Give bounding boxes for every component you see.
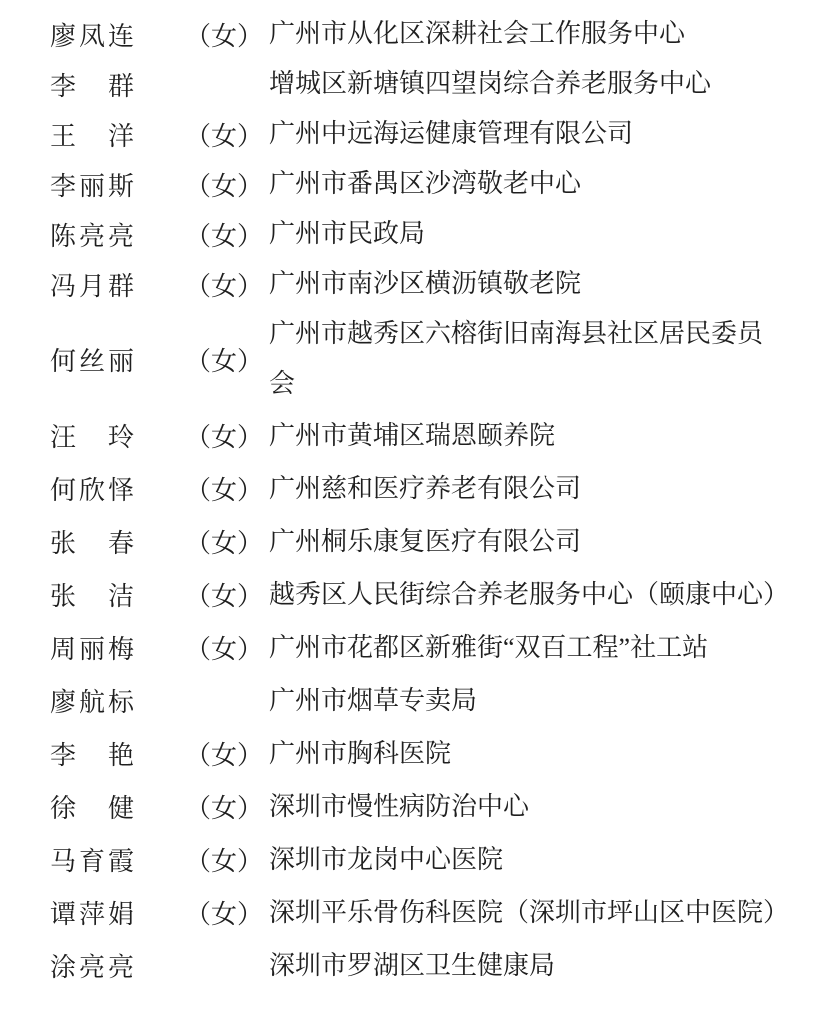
roster-row: 谭萍娟 （女） 深圳平乐骨伤科医院（深圳市坪山区中医院） — [50, 886, 815, 939]
gender-label: （女） — [185, 788, 269, 825]
roster-row: 陈亮亮 （女） 广州市民政局 — [50, 209, 815, 259]
roster-row: 汪 玲 （女） 广州市黄埔区瑞恩颐养院 — [50, 409, 815, 462]
person-name: 张 春 — [50, 523, 185, 560]
gender-label: （女） — [185, 629, 269, 666]
organization-name: 深圳平乐骨伤科医院（深圳市坪山区中医院） — [269, 888, 815, 938]
organization-name: 深圳市慢性病防治中心 — [269, 782, 815, 832]
gender-label: （女） — [185, 216, 269, 253]
organization-name: 广州市越秀区六榕街旧南海县社区居民委员 会 — [269, 309, 815, 409]
person-name: 何欣怿 — [50, 470, 185, 507]
roster-row: 冯月群 （女） 广州市南沙区横沥镇敬老院 — [50, 259, 815, 309]
roster-row: 李 群 增城区新塘镇四望岗综合养老服务中心 — [50, 59, 815, 109]
person-name: 冯月群 — [50, 266, 185, 303]
roster-list: 廖凤连 （女） 广州市从化区深耕社会工作服务中心 李 群 增城区新塘镇四望岗综合… — [50, 9, 815, 992]
roster-row: 徐 健 （女） 深圳市慢性病防治中心 — [50, 780, 815, 833]
organization-name: 广州市花都区新雅街“双百工程”社工站 — [269, 623, 815, 673]
person-name: 张 洁 — [50, 576, 185, 613]
gender-label: （女） — [185, 894, 269, 931]
organization-name: 广州桐乐康复医疗有限公司 — [269, 517, 815, 567]
gender-label: （女） — [185, 470, 269, 507]
roster-row: 张 洁 （女） 越秀区人民街综合养老服务中心（颐康中心） — [50, 568, 815, 621]
organization-name: 广州中远海运健康管理有限公司 — [269, 109, 815, 159]
person-name: 涂亮亮 — [50, 947, 185, 984]
gender-label: （女） — [185, 417, 269, 454]
organization-name: 越秀区人民街综合养老服务中心（颐康中心） — [269, 570, 815, 620]
organization-name: 增城区新塘镇四望岗综合养老服务中心 — [269, 59, 815, 109]
organization-name: 广州市胸科医院 — [269, 729, 815, 779]
roster-row: 何欣怿 （女） 广州慈和医疗养老有限公司 — [50, 462, 815, 515]
roster-row: 涂亮亮 深圳市罗湖区卫生健康局 — [50, 939, 815, 992]
organization-name: 广州市黄埔区瑞恩颐养院 — [269, 411, 815, 461]
roster-row: 廖航标 广州市烟草专卖局 — [50, 674, 815, 727]
gender-label: （女） — [185, 735, 269, 772]
organization-name: 广州市烟草专卖局 — [269, 676, 815, 726]
roster-row: 李 艳 （女） 广州市胸科医院 — [50, 727, 815, 780]
person-name: 何丝丽 — [50, 341, 185, 378]
person-name: 王 洋 — [50, 116, 185, 153]
person-name: 廖航标 — [50, 682, 185, 719]
gender-label: （女） — [185, 576, 269, 613]
person-name: 马育霞 — [50, 841, 185, 878]
organization-name: 广州市番禺区沙湾敬老中心 — [269, 159, 815, 209]
gender-label: （女） — [185, 166, 269, 203]
person-name: 徐 健 — [50, 788, 185, 825]
organization-name: 广州市从化区深耕社会工作服务中心 — [269, 9, 815, 59]
document-page: 廖凤连 （女） 广州市从化区深耕社会工作服务中心 李 群 增城区新塘镇四望岗综合… — [0, 0, 825, 1014]
gender-label: （女） — [185, 116, 269, 153]
roster-row: 何丝丽 （女） 广州市越秀区六榕街旧南海县社区居民委员 会 — [50, 309, 815, 409]
gender-label: （女） — [185, 841, 269, 878]
person-name: 汪 玲 — [50, 417, 185, 454]
gender-label: （女） — [185, 523, 269, 560]
organization-name: 广州市民政局 — [269, 209, 815, 259]
person-name: 李 艳 — [50, 735, 185, 772]
roster-row: 张 春 （女） 广州桐乐康复医疗有限公司 — [50, 515, 815, 568]
roster-row: 周丽梅 （女） 广州市花都区新雅街“双百工程”社工站 — [50, 621, 815, 674]
person-name: 谭萍娟 — [50, 894, 185, 931]
gender-label: （女） — [185, 266, 269, 303]
roster-row: 廖凤连 （女） 广州市从化区深耕社会工作服务中心 — [50, 9, 815, 59]
organization-name: 深圳市罗湖区卫生健康局 — [269, 941, 815, 991]
organization-name: 广州慈和医疗养老有限公司 — [269, 464, 815, 514]
person-name: 李 群 — [50, 66, 185, 103]
roster-row: 马育霞 （女） 深圳市龙岗中心医院 — [50, 833, 815, 886]
organization-name: 广州市南沙区横沥镇敬老院 — [269, 259, 815, 309]
gender-label: （女） — [185, 16, 269, 53]
person-name: 周丽梅 — [50, 629, 185, 666]
person-name: 李丽斯 — [50, 166, 185, 203]
person-name: 廖凤连 — [50, 16, 185, 53]
organization-name: 深圳市龙岗中心医院 — [269, 835, 815, 885]
roster-row: 李丽斯 （女） 广州市番禺区沙湾敬老中心 — [50, 159, 815, 209]
person-name: 陈亮亮 — [50, 216, 185, 253]
roster-row: 王 洋 （女） 广州中远海运健康管理有限公司 — [50, 109, 815, 159]
gender-label: （女） — [185, 341, 269, 378]
